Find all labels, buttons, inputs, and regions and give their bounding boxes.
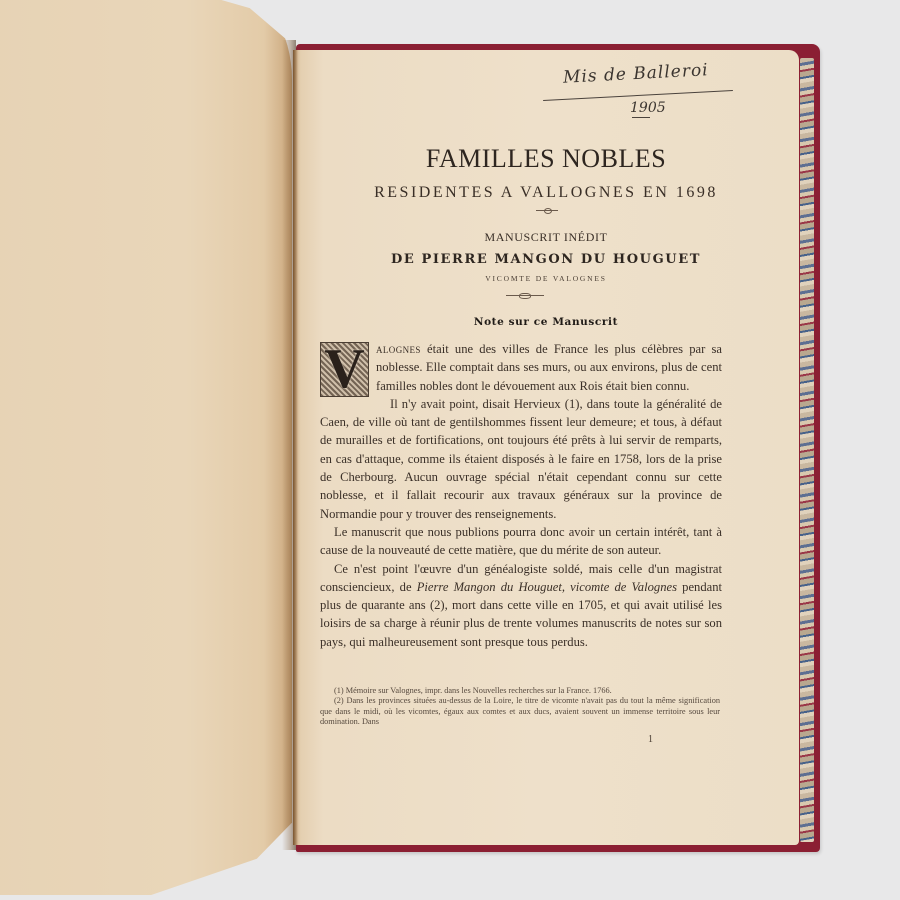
- marbled-page-edge: [800, 58, 814, 842]
- page-title: FAMILLES NOBLES: [293, 144, 799, 174]
- left-blank-page: [0, 0, 292, 895]
- lead-smallcaps: alognes: [376, 342, 421, 356]
- inscription-year: 1905: [630, 100, 666, 116]
- paragraph: Ce n'est point l'œuvre d'un généalogiste…: [320, 560, 722, 651]
- handwritten-inscription: Mis de Balleroi 1905: [538, 64, 758, 124]
- footnote: (1) Mémoire sur Valognes, impr. dans les…: [320, 686, 720, 696]
- footnote: (2) Dans les provinces situées au-dessus…: [320, 696, 720, 727]
- paragraph: Le manuscrit que nous publions pourra do…: [320, 523, 722, 560]
- ornament-divider-icon: [506, 295, 544, 296]
- author-title: VICOMTE DE VALOGNES: [293, 274, 799, 283]
- page-subtitle: RESIDENTES A VALLOGNES EN 1698: [293, 184, 799, 202]
- paragraph: Valognes était une des villes de France …: [320, 340, 722, 395]
- author-line: DE PIERRE MANGON DU HOUGUET: [293, 252, 799, 267]
- footnotes: (1) Mémoire sur Valognes, impr. dans les…: [320, 686, 720, 728]
- inscription-name: Mis de Balleroi: [563, 60, 710, 88]
- year-underline: [632, 117, 650, 118]
- page-content: Mis de Balleroi 1905 FAMILLES NOBLES RES…: [293, 50, 799, 845]
- paragraph: Il n'y avait point, disait Hervieux (1),…: [320, 395, 722, 523]
- section-heading: Note sur ce Manuscrit: [293, 316, 799, 328]
- body-text: Valognes était une des villes de France …: [320, 340, 722, 651]
- book-photo: Mis de Balleroi 1905 FAMILLES NOBLES RES…: [0, 0, 900, 900]
- manuscript-label: MANUSCRIT INÉDIT: [293, 230, 799, 245]
- page-number: 1: [648, 734, 653, 745]
- paragraph-text: était une des villes de France les plus …: [376, 342, 722, 393]
- ornament-divider-icon: [536, 210, 558, 211]
- italic-author-name: Pierre Mangon du Houguet, vicomte de Val…: [417, 580, 677, 594]
- ornamental-drop-cap-icon: V: [320, 342, 369, 397]
- drop-cap-letter: V: [321, 339, 368, 399]
